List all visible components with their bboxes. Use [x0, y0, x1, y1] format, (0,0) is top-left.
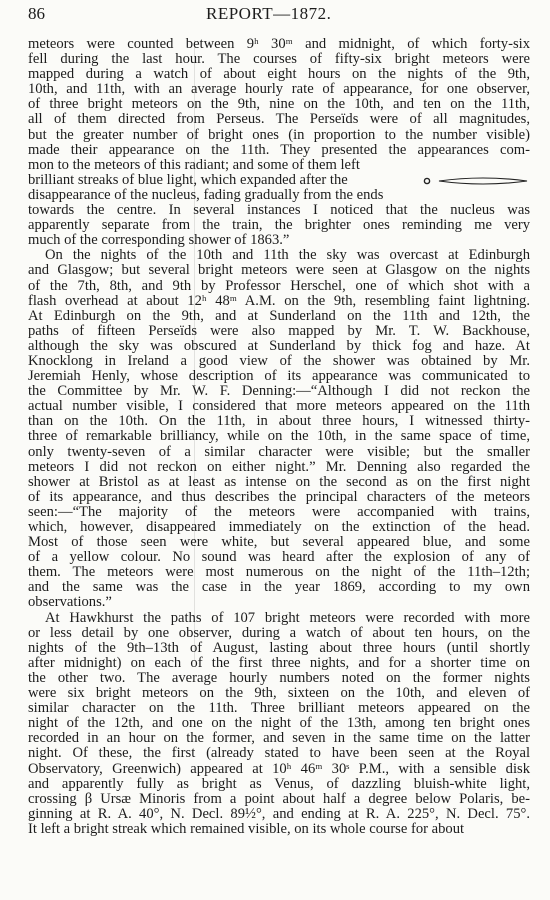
text-line: although the sky was obscured at Sunderl…	[28, 339, 530, 354]
page-number: 86	[28, 4, 45, 24]
text-line: were six bright meteors on the 9th, sixt…	[28, 686, 530, 701]
text-line: which, however, disappeared immediately …	[28, 520, 530, 535]
text-line: similar character on the 11th. Three bri…	[28, 701, 530, 716]
text-line: of a yellow colour. No sound was heard a…	[28, 550, 530, 565]
paragraph: At Hawkhurst the paths of 107 bright met…	[28, 611, 530, 837]
text-line: Observatory, Greenwich) appeared at 10ʰ …	[28, 762, 530, 777]
text-line: mon to the meteors of this radiant; and …	[28, 158, 530, 173]
text-line: apparently separate from the train, the …	[28, 218, 530, 233]
meteor-train-sketch-icon	[423, 175, 533, 187]
text-line: and apparently fully as bright as Venus,…	[28, 777, 530, 792]
text-line: nights of the 9th–13th of August, lastin…	[28, 641, 530, 656]
text-line: of three bright meteors on the 9th, nine…	[28, 97, 530, 112]
text-line: towards the centre. In several instances…	[28, 203, 530, 218]
text-line: On the nights of the 10th and 11th the s…	[28, 248, 530, 263]
text-line: Knocklong in Ireland a good view of the …	[28, 354, 530, 369]
text-line: Jeremiah Henly, whose description of its…	[28, 369, 530, 384]
text-line: 10th, and 11th, with an average hourly r…	[28, 82, 530, 97]
text-line: of the 7th, 8th, and 9th by Professor He…	[28, 279, 530, 294]
text-line: made their appearance on the 11th. They …	[28, 143, 530, 158]
text-line: much of the corresponding shower of 1863…	[28, 233, 530, 248]
text-line: seen:—“The majority of the meteors were …	[28, 505, 530, 520]
text-line: after midnight) on each of the first thr…	[28, 656, 530, 671]
text-line: Most of those seen were white, but sever…	[28, 535, 530, 550]
text-line: actual number visible, I considered that…	[28, 399, 530, 414]
text-line: ginning at R. A. 40°, N. Decl. 89½°, and…	[28, 807, 530, 822]
text-line: than on the 10th. On the 11th, in about …	[28, 414, 530, 429]
text-line: brilliant streaks of blue light, which e…	[28, 173, 530, 188]
book-page: 86 REPORT—1872. meteors were counted bet…	[0, 0, 550, 900]
text-line: mapped during a watch of about eight hou…	[28, 67, 530, 82]
text-line: disappearance of the nucleus, fading gra…	[28, 188, 530, 203]
text-line: recorded in an hour on the former, and s…	[28, 731, 530, 746]
text-line: the Committee by Mr. W. F. Denning:—“Alt…	[28, 384, 530, 399]
text-line: At Edinburgh on the 9th, and at Sunderla…	[28, 309, 530, 324]
running-head: REPORT—1872.	[206, 4, 331, 24]
text-line: and Glasgow; but several bright meteors …	[28, 263, 530, 278]
page-header: 86 REPORT—1872.	[28, 4, 530, 28]
text-line: all of them directed from Perseus. The P…	[28, 112, 530, 127]
paragraph: meteors were counted between 9ʰ 30ᵐ and …	[28, 37, 530, 248]
text-line: observations.”	[28, 595, 530, 610]
text-line: and the same was the case in the year 18…	[28, 580, 530, 595]
text-line: It left a bright streak which remained v…	[28, 822, 530, 837]
text-line: meteors were counted between 9ʰ 30ᵐ and …	[28, 37, 530, 52]
text-line: night. Of these, the first (already stat…	[28, 746, 530, 761]
text-line: them. The meteors were most numerous on …	[28, 565, 530, 580]
text-line: of its appearance, and thus describes th…	[28, 490, 530, 505]
text-line: meteors I did not reckon on either night…	[28, 460, 530, 475]
text-line: shower at Bristol as at least as intense…	[28, 475, 530, 490]
text-line: At Hawkhurst the paths of 107 bright met…	[28, 611, 530, 626]
text-line: flash overhead at about 12ʰ 48ᵐ A.M. on …	[28, 294, 530, 309]
text-line: three of remarkable brilliancy, while on…	[28, 429, 530, 444]
body-text: meteors were counted between 9ʰ 30ᵐ and …	[28, 37, 530, 837]
text-line: paths of fifteen Perseïds were also mapp…	[28, 324, 530, 339]
text-line: or less detail by one observer, during a…	[28, 626, 530, 641]
text-line: the other two. The average hourly number…	[28, 671, 530, 686]
text-line: fell during the last hour. The courses o…	[28, 52, 530, 67]
text-line: only twenty-seven of a similar character…	[28, 445, 530, 460]
paragraph: On the nights of the 10th and 11th the s…	[28, 248, 530, 610]
text-line: night of the 12th, and one on the night …	[28, 716, 530, 731]
text-line: crossing β Ursæ Minoris from a point abo…	[28, 792, 530, 807]
text-line: but the greater number of bright ones (i…	[28, 128, 530, 143]
